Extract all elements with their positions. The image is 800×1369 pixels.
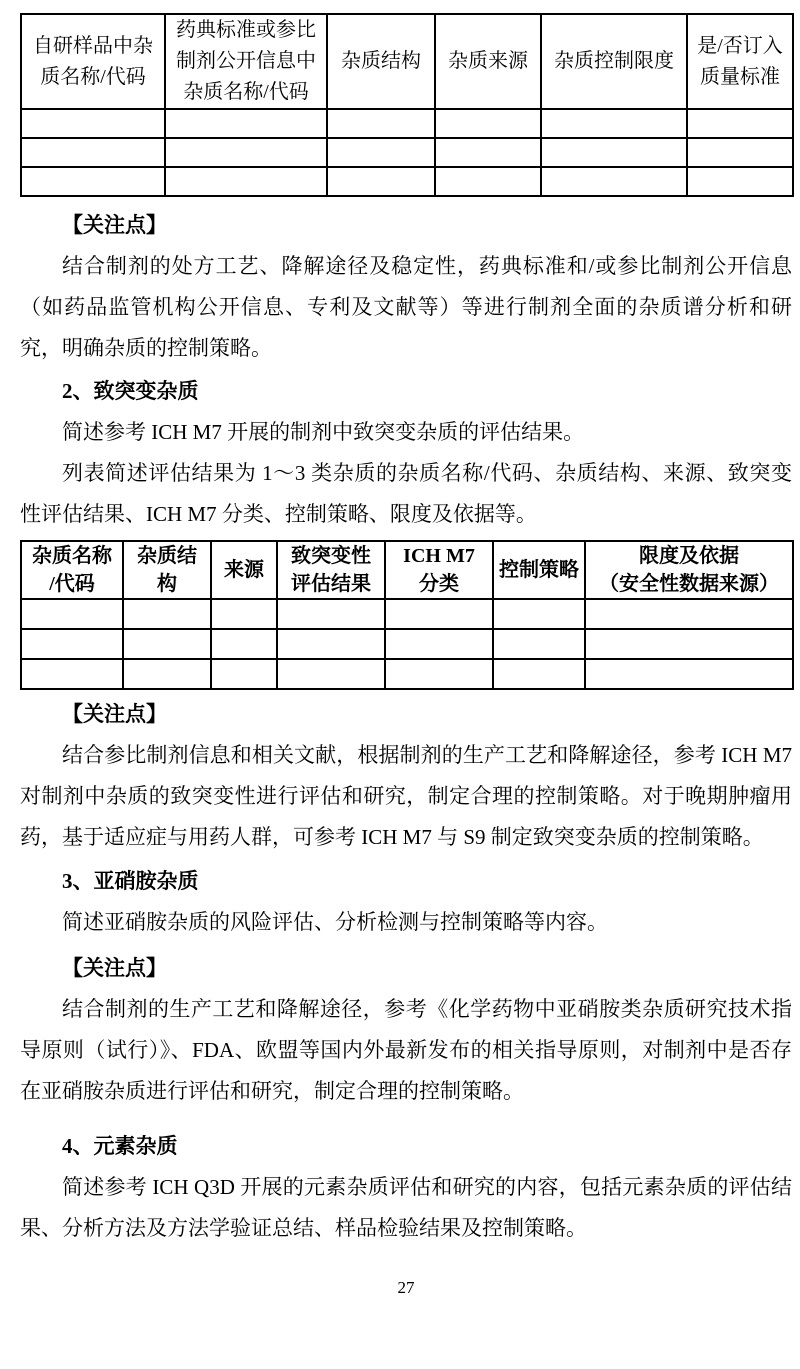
section-heading-mutagenic-impurities: 2、致突变杂质 (20, 371, 792, 412)
table-row (21, 629, 793, 659)
column-header-impurity-name-code: 杂质名称 /代码 (21, 541, 123, 599)
table-cell (277, 659, 385, 689)
table-cell (435, 167, 541, 196)
table-cell (493, 659, 585, 689)
focus-point-label-3: 【关注点】 (20, 948, 792, 989)
column-header-impurity-structure: 杂质结 构 (123, 541, 211, 599)
impurity-profile-table: 自研样品中杂 质名称/代码 药典标准或参比 制剂公开信息中 杂质名称/代码 杂质… (20, 13, 794, 197)
section-heading-nitrosamine-impurities: 3、亚硝胺杂质 (20, 861, 792, 902)
mutagenic-paragraph-2: 列表简述评估结果为 1～3 类杂质的杂质名称/代码、杂质结构、来源、致突变性评估… (20, 453, 792, 535)
table-cell (687, 167, 793, 196)
table-cell (687, 138, 793, 167)
table-cell (21, 167, 165, 196)
column-header-mutagenicity-assessment: 致突变性 评估结果 (277, 541, 385, 599)
nitrosamine-paragraph-1: 简述亚硝胺杂质的风险评估、分析检测与控制策略等内容。 (20, 902, 792, 943)
table-row (21, 167, 793, 196)
table-cell (21, 659, 123, 689)
table-cell (687, 109, 793, 138)
table-cell (585, 599, 793, 629)
column-header-self-developed-impurity: 自研样品中杂 质名称/代码 (21, 14, 165, 109)
column-header-pharmacopoeia-impurity: 药典标准或参比 制剂公开信息中 杂质名称/代码 (165, 14, 327, 109)
table-cell (165, 167, 327, 196)
table-cell (585, 659, 793, 689)
mutagenic-paragraph-1: 简述参考 ICH M7 开展的制剂中致突变杂质的评估结果。 (20, 412, 792, 453)
table-cell (585, 629, 793, 659)
table-cell (165, 109, 327, 138)
focus-point-body-1: 结合制剂的处方工艺、降解途径及稳定性，药典标准和/或参比制剂公开信息（如药品监管… (20, 246, 792, 369)
table-cell (493, 629, 585, 659)
table-cell (123, 599, 211, 629)
column-header-impurity-structure: 杂质结构 (327, 14, 435, 109)
table-cell (327, 109, 435, 138)
table-cell (123, 629, 211, 659)
table-header-row: 自研样品中杂 质名称/代码 药典标准或参比 制剂公开信息中 杂质名称/代码 杂质… (21, 14, 793, 109)
table-cell (277, 599, 385, 629)
table-cell (123, 659, 211, 689)
table-cell (541, 109, 687, 138)
table-cell (435, 138, 541, 167)
table-cell (385, 629, 493, 659)
table-cell (327, 138, 435, 167)
table-cell (21, 109, 165, 138)
table-cell (211, 599, 277, 629)
focus-point-label-2: 【关注点】 (20, 694, 792, 735)
focus-point-body-3: 结合制剂的生产工艺和降解途径，参考《化学药物中亚硝胺类杂质研究技术指导原则（试行… (20, 989, 792, 1112)
column-header-impurity-control-limit: 杂质控制限度 (541, 14, 687, 109)
elemental-paragraph-1: 简述参考 ICH Q3D 开展的元素杂质评估和研究的内容，包括元素杂质的评估结果… (20, 1167, 792, 1249)
document-page: 自研样品中杂 质名称/代码 药典标准或参比 制剂公开信息中 杂质名称/代码 杂质… (0, 0, 800, 1369)
section-heading-elemental-impurities: 4、元素杂质 (20, 1126, 792, 1167)
column-header-impurity-source: 杂质来源 (435, 14, 541, 109)
table-row (21, 109, 793, 138)
table-cell (21, 599, 123, 629)
column-header-ich-m7-class: ICH M7 分类 (385, 541, 493, 599)
page-number: 27 (20, 1277, 792, 1298)
table-cell (435, 109, 541, 138)
table-cell (385, 659, 493, 689)
table-cell (541, 138, 687, 167)
column-header-in-quality-standard: 是/否订入 质量标准 (687, 14, 793, 109)
table-row (21, 138, 793, 167)
column-header-control-strategy: 控制策略 (493, 541, 585, 599)
table-cell (493, 599, 585, 629)
table-cell (211, 629, 277, 659)
column-header-source: 来源 (211, 541, 277, 599)
table-cell (277, 629, 385, 659)
table-row (21, 659, 793, 689)
table-cell (165, 138, 327, 167)
table-cell (21, 138, 165, 167)
focus-point-body-2: 结合参比制剂信息和相关文献，根据制剂的生产工艺和降解途径，参考 ICH M7 对… (20, 735, 792, 858)
table-cell (21, 629, 123, 659)
table-cell (327, 167, 435, 196)
table-header-row: 杂质名称 /代码 杂质结 构 来源 致突变性 评估结果 ICH M7 分类 控制… (21, 541, 793, 599)
column-header-limit-and-basis: 限度及依据 （安全性数据来源） (585, 541, 793, 599)
table-cell (211, 659, 277, 689)
table-row (21, 599, 793, 629)
focus-point-label-1: 【关注点】 (20, 205, 792, 246)
table-cell (541, 167, 687, 196)
table-cell (385, 599, 493, 629)
mutagenic-impurity-table: 杂质名称 /代码 杂质结 构 来源 致突变性 评估结果 ICH M7 分类 控制… (20, 540, 794, 690)
